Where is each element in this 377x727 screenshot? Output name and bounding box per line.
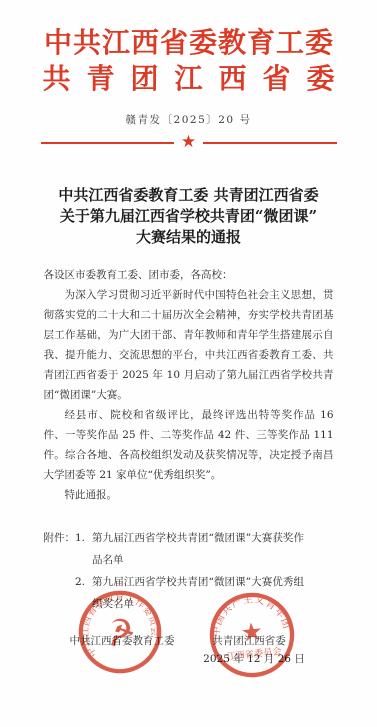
- document-body: 各设区市委教育工委、团市委，各高校： 为深入学习贯彻习近平新时代中国特色社会主义…: [44, 265, 334, 615]
- attachment-text: 第九届江西省学校共青团“微团课”大赛获奖作品名单: [92, 527, 304, 571]
- salutation: 各设区市委教育工委、团市委，各高校：: [44, 265, 334, 285]
- document-title: 中共江西省委教育工委 共青团江西省委 关于第九届江西省学校共青团“微团课” 大赛…: [0, 185, 377, 248]
- seal-bottom-text: 江西省委员会: [226, 645, 282, 663]
- official-document-page: 中共江西省委教育工委 共青团江西省委 赣青发〔2025〕20 号 ★ 中共江西省…: [0, 0, 377, 727]
- cyl-seal-graphic: 中国共产主义青年团 ★ 江西省委员会: [204, 587, 301, 684]
- attachment-item: 1. 第九届江西省学校共青团“微团课”大赛获奖作品名单: [75, 527, 304, 571]
- signature-block: 中共江西省委教育工委 共青团江西省委 2025 年 12 月 26 日 中共江西…: [0, 583, 377, 727]
- red-divider: ★: [41, 134, 337, 151]
- star-icon: ★: [181, 134, 196, 151]
- attachment-number: 1.: [75, 527, 85, 571]
- document-number: 赣青发〔2025〕20 号: [0, 112, 377, 127]
- paragraph-1: 为深入学习贯彻习近平新时代中国特色社会主义思想，贯彻落实党的二十大和二十届历次全…: [44, 285, 334, 405]
- letterhead-org-2: 共青团江西省委: [0, 62, 377, 96]
- letterhead: 中共江西省委教育工委 共青团江西省委: [0, 0, 377, 96]
- right-official-seal: 中国共产主义青年团 ★ 江西省委员会: [204, 587, 301, 684]
- star-icon: ★: [239, 616, 264, 647]
- title-line-3: 大赛结果的通报: [0, 227, 377, 248]
- divider-line-right: [203, 142, 336, 144]
- title-line-2: 关于第九届江西省学校共青团“微团课”: [0, 206, 377, 227]
- paragraph-2: 经县市、院校和省级评比，最终评选出特等奖作品 16 件、一等奖作品 25 件、二…: [44, 405, 334, 485]
- hammer-sickle-icon: ☭: [99, 609, 141, 657]
- letterhead-org-1: 中共江西省委教育工委: [0, 26, 377, 60]
- closing-line: 特此通报。: [44, 485, 334, 505]
- left-official-seal: 中共江西省委教育工作委员会 ☭: [66, 578, 174, 686]
- title-line-1: 中共江西省委教育工委 共青团江西省委: [0, 185, 377, 206]
- party-seal-graphic: 中共江西省委教育工作委员会 ☭: [66, 578, 174, 686]
- divider-line-left: [41, 142, 174, 144]
